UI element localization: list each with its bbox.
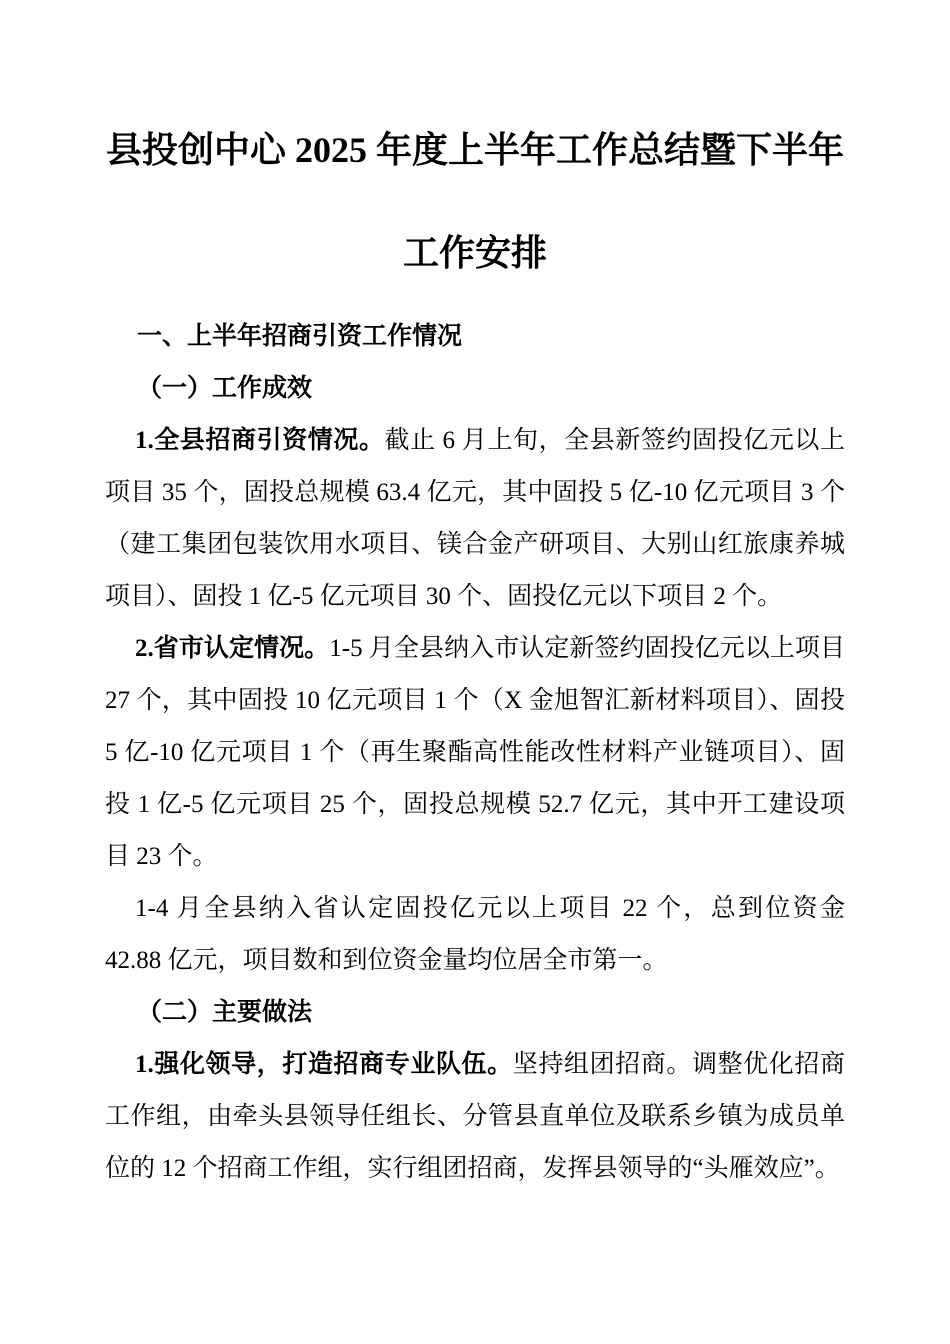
document-title: 县投创中心 2025 年度上半年工作总结暨下半年 工作安排 — [105, 99, 845, 305]
body-paragraph: 1.全县招商引资情况。截止 6 月上旬，全县新签约固投亿元以上项目 35 个，固… — [105, 415, 845, 623]
paragraph-lead: 2.省市认定情况。 — [135, 635, 329, 662]
paragraph-text: 一、上半年招商引资工作情况 — [137, 323, 462, 350]
section-heading: 一、上半年招商引资工作情况 — [105, 311, 845, 363]
body-paragraph: 1.强化领导，打造招商专业队伍。坚持组团招商。调整优化招商工作组，由牵头县领导任… — [105, 1039, 845, 1195]
paragraph-text: （二）主要做法 — [137, 999, 312, 1026]
document-title-line-2: 工作安排 — [105, 202, 845, 305]
body-paragraph: 2.省市认定情况。1-5 月全县纳入市认定新签约固投亿元以上项目 27 个，其中… — [105, 623, 845, 883]
body-paragraph: 1-4 月全县纳入省认定固投亿元以上项目 22 个，总到位资金 42.88 亿元… — [105, 883, 845, 987]
paragraph-lead: 1.全县招商引资情况。 — [135, 427, 385, 454]
document-title-line-1: 县投创中心 2025 年度上半年工作总结暨下半年 — [105, 99, 845, 202]
paragraph-text: 1-4 月全县纳入省认定固投亿元以上项目 22 个，总到位资金 42.88 亿元… — [105, 895, 845, 974]
section-heading: （一）工作成效 — [105, 363, 845, 415]
paragraph-text: 1-5 月全县纳入市认定新签约固投亿元以上项目 27 个，其中固投 10 亿元项… — [105, 635, 845, 870]
page-content: 县投创中心 2025 年度上半年工作总结暨下半年 工作安排 一、上半年招商引资工… — [0, 0, 950, 1195]
document-body: 一、上半年招商引资工作情况（一）工作成效1.全县招商引资情况。截止 6 月上旬，… — [105, 311, 845, 1195]
paragraph-text: （一）工作成效 — [137, 375, 312, 402]
section-heading: （二）主要做法 — [105, 987, 845, 1039]
document-page: 县投创中心 2025 年度上半年工作总结暨下半年 工作安排 一、上半年招商引资工… — [0, 0, 950, 1344]
paragraph-text: 截止 6 月上旬，全县新签约固投亿元以上项目 35 个，固投总规模 63.4 亿… — [105, 427, 845, 610]
paragraph-lead: 1.强化领导，打造招商专业队伍。 — [135, 1051, 513, 1078]
